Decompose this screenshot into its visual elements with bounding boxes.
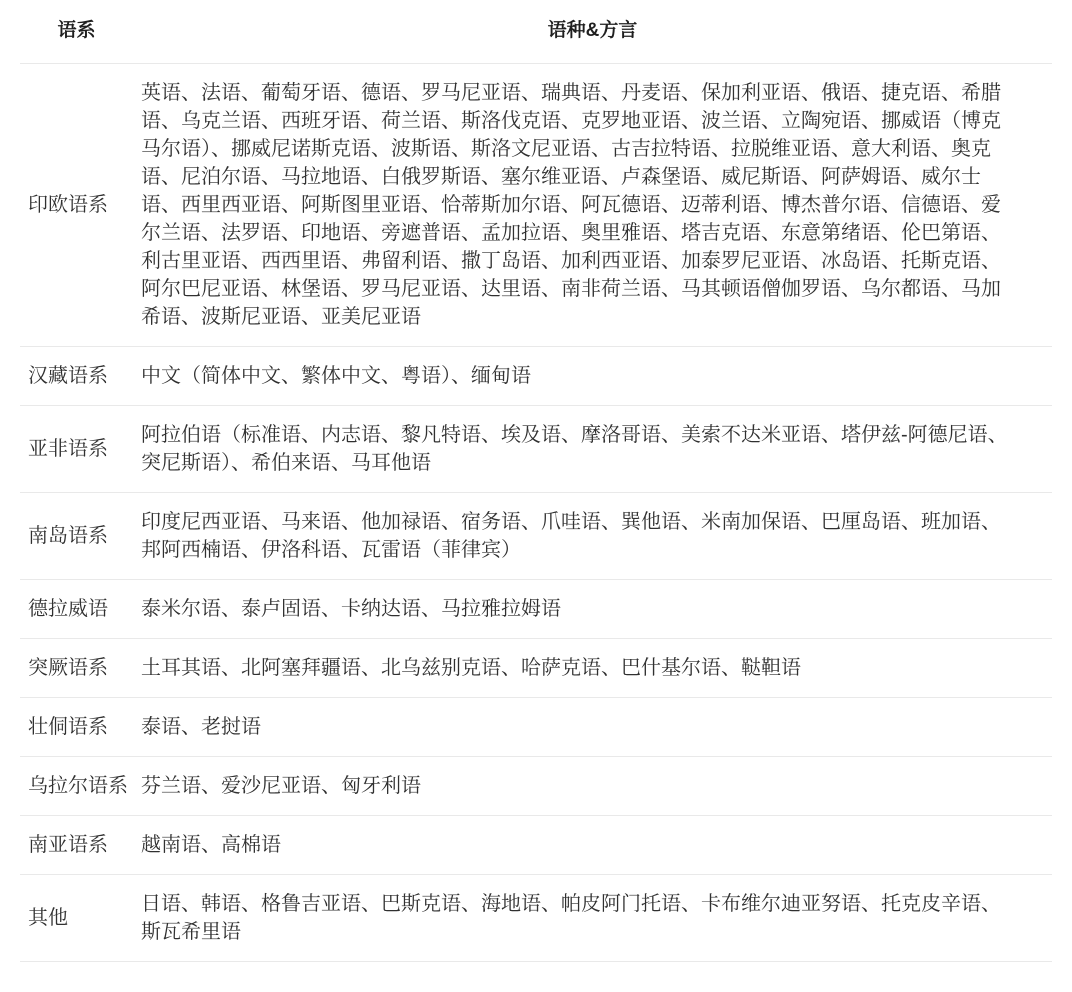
languages-cell: 日语、韩语、格鲁吉亚语、巴斯克语、海地语、帕皮阿门托语、卡布维尔迪亚努语、托克皮… bbox=[133, 875, 1052, 962]
language-table-page: 语系 语种&方言 印欧语系 英语、法语、葡萄牙语、德语、罗马尼亚语、瑞典语、丹麦… bbox=[0, 0, 1072, 992]
languages-cell: 越南语、高棉语 bbox=[133, 816, 1052, 875]
language-family-table: 语系 语种&方言 印欧语系 英语、法语、葡萄牙语、德语、罗马尼亚语、瑞典语、丹麦… bbox=[20, 0, 1052, 962]
family-cell: 南岛语系 bbox=[20, 493, 133, 580]
family-cell: 亚非语系 bbox=[20, 406, 133, 493]
languages-cell: 泰语、老挝语 bbox=[133, 698, 1052, 757]
family-cell: 南亚语系 bbox=[20, 816, 133, 875]
table-row: 亚非语系 阿拉伯语（标准语、内志语、黎凡特语、埃及语、摩洛哥语、美索不达米亚语、… bbox=[20, 406, 1052, 493]
header-family: 语系 bbox=[20, 0, 133, 64]
table-row: 壮侗语系 泰语、老挝语 bbox=[20, 698, 1052, 757]
family-cell: 乌拉尔语系 bbox=[20, 757, 133, 816]
table-row: 其他 日语、韩语、格鲁吉亚语、巴斯克语、海地语、帕皮阿门托语、卡布维尔迪亚努语、… bbox=[20, 875, 1052, 962]
header-languages: 语种&方言 bbox=[133, 0, 1052, 64]
languages-cell: 芬兰语、爱沙尼亚语、匈牙利语 bbox=[133, 757, 1052, 816]
header-row: 语系 语种&方言 bbox=[20, 0, 1052, 64]
family-cell: 其他 bbox=[20, 875, 133, 962]
table-row: 南岛语系 印度尼西亚语、马来语、他加禄语、宿务语、爪哇语、巽他语、米南加保语、巴… bbox=[20, 493, 1052, 580]
family-cell: 壮侗语系 bbox=[20, 698, 133, 757]
languages-cell: 阿拉伯语（标准语、内志语、黎凡特语、埃及语、摩洛哥语、美索不达米亚语、塔伊兹-阿… bbox=[133, 406, 1052, 493]
table-row: 乌拉尔语系 芬兰语、爱沙尼亚语、匈牙利语 bbox=[20, 757, 1052, 816]
family-cell: 汉藏语系 bbox=[20, 347, 133, 406]
languages-cell: 泰米尔语、泰卢固语、卡纳达语、马拉雅拉姆语 bbox=[133, 580, 1052, 639]
languages-cell: 土耳其语、北阿塞拜疆语、北乌兹别克语、哈萨克语、巴什基尔语、鞑靼语 bbox=[133, 639, 1052, 698]
family-cell: 突厥语系 bbox=[20, 639, 133, 698]
languages-cell: 英语、法语、葡萄牙语、德语、罗马尼亚语、瑞典语、丹麦语、保加利亚语、俄语、捷克语… bbox=[133, 64, 1052, 347]
table-row: 德拉威语 泰米尔语、泰卢固语、卡纳达语、马拉雅拉姆语 bbox=[20, 580, 1052, 639]
languages-cell: 中文（简体中文、繁体中文、粤语）、缅甸语 bbox=[133, 347, 1052, 406]
table-row: 汉藏语系 中文（简体中文、繁体中文、粤语）、缅甸语 bbox=[20, 347, 1052, 406]
table-row: 南亚语系 越南语、高棉语 bbox=[20, 816, 1052, 875]
family-cell: 德拉威语 bbox=[20, 580, 133, 639]
family-cell: 印欧语系 bbox=[20, 64, 133, 347]
table-row: 突厥语系 土耳其语、北阿塞拜疆语、北乌兹别克语、哈萨克语、巴什基尔语、鞑靼语 bbox=[20, 639, 1052, 698]
table-row: 印欧语系 英语、法语、葡萄牙语、德语、罗马尼亚语、瑞典语、丹麦语、保加利亚语、俄… bbox=[20, 64, 1052, 347]
languages-cell: 印度尼西亚语、马来语、他加禄语、宿务语、爪哇语、巽他语、米南加保语、巴厘岛语、班… bbox=[133, 493, 1052, 580]
